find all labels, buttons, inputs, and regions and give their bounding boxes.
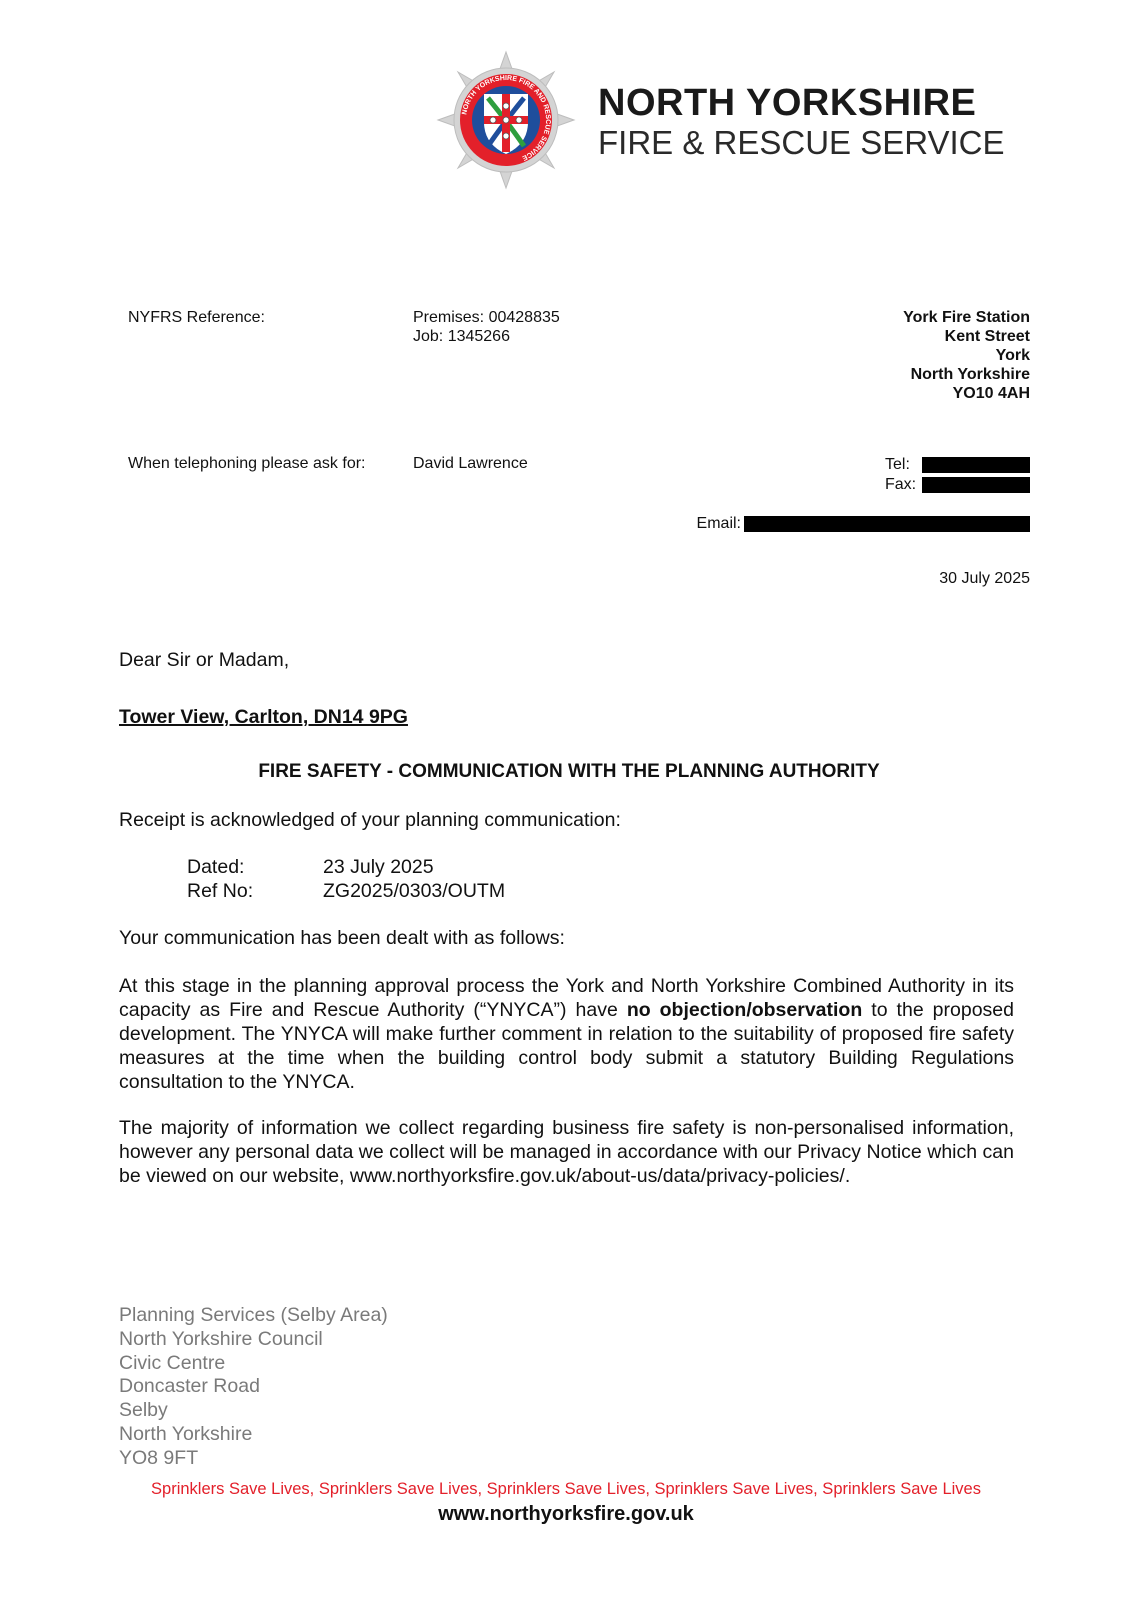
recipient-line: North Yorkshire	[119, 1423, 388, 1447]
recipient-line: North Yorkshire Council	[119, 1328, 388, 1352]
letter-heading: FIRE SAFETY - COMMUNICATION WITH THE PLA…	[119, 761, 1019, 783]
detail-key: Ref No:	[187, 879, 323, 903]
footer-website: www.northyorksfire.gov.uk	[0, 1503, 1132, 1526]
email-label: Email:	[697, 514, 741, 533]
brand-subtitle: FIRE & RESCUE SERVICE	[598, 124, 1005, 162]
letter-date: 30 July 2025	[939, 569, 1030, 588]
job-reference: Job: 1345266	[413, 327, 560, 346]
recipient-line: Planning Services (Selby Area)	[119, 1304, 388, 1328]
detail-row: Ref No: ZG2025/0303/OUTM	[187, 879, 505, 903]
dealt-line: Your communication has been dealt with a…	[119, 926, 565, 950]
salutation: Dear Sir or Madam,	[119, 648, 289, 672]
redacted-email	[744, 516, 1030, 532]
station-address-line: Kent Street	[903, 327, 1030, 346]
recipient-line: Civic Centre	[119, 1352, 388, 1376]
tel-label: Tel:	[885, 455, 919, 474]
station-address-line: York	[903, 346, 1030, 365]
ask-for-name: David Lawrence	[413, 454, 528, 473]
station-address-line: York Fire Station	[903, 308, 1030, 327]
station-address-line: North Yorkshire	[903, 365, 1030, 384]
detail-row: Dated: 23 July 2025	[187, 855, 505, 879]
response-outcome: no objection/observation	[627, 999, 862, 1021]
premises-reference: Premises: 00428835	[413, 308, 560, 327]
station-address-line: YO10 4AH	[903, 384, 1030, 403]
receipt-line: Receipt is acknowledged of your planning…	[119, 808, 621, 832]
recipient-address: Planning Services (Selby Area) North Yor…	[119, 1304, 388, 1471]
response-paragraph: At this stage in the planning approval p…	[119, 974, 1014, 1094]
station-address: York Fire Station Kent Street York North…	[903, 308, 1030, 403]
communication-details: Dated: 23 July 2025 Ref No: ZG2025/0303/…	[187, 855, 505, 903]
redacted-fax	[922, 477, 1030, 493]
fire-rescue-crest-icon: NORTH YORKSHIRE FIRE AND RESCUE SERVICE	[436, 50, 576, 190]
detail-key: Dated:	[187, 855, 323, 879]
reference-values: Premises: 00428835 Job: 1345266	[413, 308, 560, 346]
detail-value: 23 July 2025	[323, 855, 434, 879]
reference-label: NYFRS Reference:	[128, 308, 265, 327]
recipient-line: Selby	[119, 1399, 388, 1423]
brand-name: NORTH YORKSHIRE	[598, 82, 976, 125]
recipient-line: Doncaster Road	[119, 1375, 388, 1399]
email-row: Email:	[697, 514, 1030, 533]
subject-address: Tower View, Carlton, DN14 9PG	[119, 705, 408, 729]
privacy-paragraph: The majority of information we collect r…	[119, 1116, 1014, 1188]
footer-slogan: Sprinklers Save Lives, Sprinklers Save L…	[0, 1480, 1132, 1499]
tel-row: Tel:	[885, 455, 1030, 474]
fax-label: Fax:	[885, 475, 919, 494]
ask-for-label: When telephoning please ask for:	[128, 454, 365, 473]
recipient-line: YO8 9FT	[119, 1447, 388, 1471]
redacted-tel	[922, 457, 1030, 473]
detail-value: ZG2025/0303/OUTM	[323, 879, 505, 903]
fax-row: Fax:	[885, 475, 1030, 494]
